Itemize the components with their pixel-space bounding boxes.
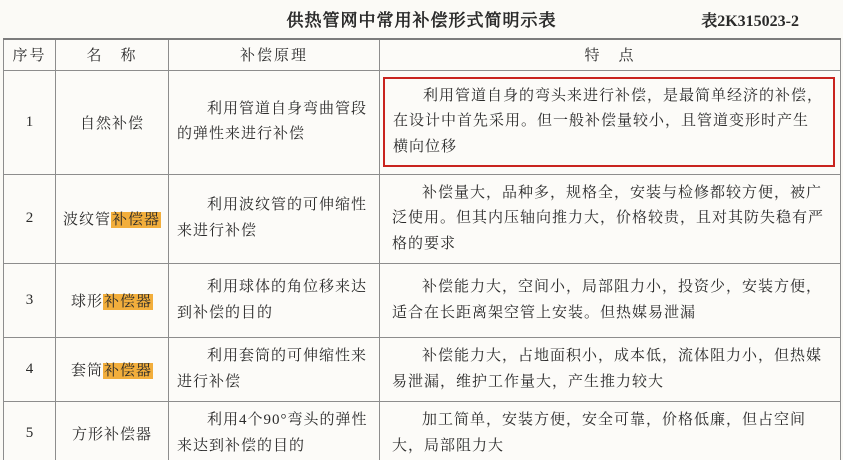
name-text: 球形: [71, 294, 103, 310]
header-name: 名 称: [56, 39, 169, 70]
principle-text: 利用管道自身弯曲管段的弹性来进行补偿: [177, 97, 371, 148]
compensator-name: 方形补偿器: [56, 402, 169, 460]
feature-text: 加工简单，安装方便，安全可靠，价格低廉，但占空间大，局部阻力大: [392, 408, 824, 459]
compensator-name: 自然补偿: [56, 70, 169, 174]
table-number-label: 表2K315023-2: [701, 8, 799, 31]
principle-text: 利用套筒的可伸缩性来进行补偿: [177, 344, 371, 395]
feature-box: 补偿能力大，空间小，局部阻力小，投资少，安装方便，适合在长距离架空管上安装。但热…: [386, 273, 834, 328]
compensator-name: 波纹管补偿器: [56, 174, 169, 264]
name-text: 自然补偿: [80, 116, 144, 132]
title-bar: 供热管网中常用补偿形式简明示表 表2K315023-2: [0, 0, 843, 38]
feature-cell: 补偿能力大，占地面积小，成本低，流体阻力小，但热媒易泄漏，维护工作量大，产生推力…: [380, 338, 841, 402]
table-row: 4 套筒补偿器 利用套筒的可伸缩性来进行补偿 补偿能力大，占地面积小，成本低，流…: [4, 338, 841, 402]
principle-cell: 利用套筒的可伸缩性来进行补偿: [169, 338, 380, 402]
principle-cell: 利用球体的角位移来达到补偿的目的: [169, 264, 380, 338]
feature-cell: 加工简单，安装方便，安全可靠，价格低廉，但占空间大，局部阻力大: [380, 402, 841, 460]
header-row: 序号 名 称 补偿原理 特 点: [4, 39, 841, 70]
table-row: 1 自然补偿 利用管道自身弯曲管段的弹性来进行补偿 利用管道自身的弯头来进行补偿…: [4, 70, 841, 174]
principle-cell: 利用管道自身弯曲管段的弹性来进行补偿: [169, 70, 380, 174]
scanned-document-page: 供热管网中常用补偿形式简明示表 表2K315023-2 序号 名 称 补偿原理 …: [0, 0, 843, 460]
principle-cell: 利用4个90°弯头的弹性来达到补偿的目的: [169, 402, 380, 460]
feature-cell: 补偿量大，品种多，规格全，安装与检修都较方便，被广泛使用。但其内压轴向推力大，价…: [380, 174, 841, 264]
row-number: 4: [4, 338, 56, 402]
feature-text: 利用管道自身的弯头来进行补偿，是最简单经济的补偿，在设计中首先采用。但一般补偿量…: [393, 84, 823, 161]
principle-text: 利用波纹管的可伸缩性来进行补偿: [177, 193, 371, 244]
name-highlighted-text: 补偿器: [103, 363, 153, 379]
name-text: 方形补偿器: [72, 427, 152, 443]
compensator-name: 套筒补偿器: [56, 338, 169, 402]
feature-cell: 利用管道自身的弯头来进行补偿，是最简单经济的补偿，在设计中首先采用。但一般补偿量…: [380, 70, 841, 174]
feature-box: 补偿能力大，占地面积小，成本低，流体阻力小，但热媒易泄漏，维护工作量大，产生推力…: [386, 342, 834, 397]
header-features: 特 点: [380, 39, 841, 70]
row-number: 5: [4, 402, 56, 460]
name-text: 波纹管: [63, 212, 111, 228]
feature-box: 加工简单，安装方便，安全可靠，价格低廉，但占空间大，局部阻力大: [386, 406, 834, 460]
principle-cell: 利用波纹管的可伸缩性来进行补偿: [169, 174, 380, 264]
feature-text: 补偿能力大，空间小，局部阻力小，投资少，安装方便，适合在长距离架空管上安装。但热…: [392, 275, 824, 326]
principle-text: 利用4个90°弯头的弹性来达到补偿的目的: [177, 408, 371, 459]
table-row: 5 方形补偿器 利用4个90°弯头的弹性来达到补偿的目的 加工简单，安装方便，安…: [4, 402, 841, 460]
table-row: 2 波纹管补偿器 利用波纹管的可伸缩性来进行补偿 补偿量大，品种多，规格全，安装…: [4, 174, 841, 264]
table-row: 3 球形补偿器 利用球体的角位移来达到补偿的目的 补偿能力大，空间小，局部阻力小…: [4, 264, 841, 338]
feature-text: 补偿能力大，占地面积小，成本低，流体阻力小，但热媒易泄漏，维护工作量大，产生推力…: [392, 344, 824, 395]
principle-text: 利用球体的角位移来达到补偿的目的: [177, 275, 371, 326]
compensation-table: 序号 名 称 补偿原理 特 点 1 自然补偿 利用管道自身弯曲管段的弹性来进行补…: [3, 38, 841, 460]
feature-cell: 补偿能力大，空间小，局部阻力小，投资少，安装方便，适合在长距离架空管上安装。但热…: [380, 264, 841, 338]
header-principle: 补偿原理: [169, 39, 380, 70]
feature-box: 补偿量大，品种多，规格全，安装与检修都较方便，被广泛使用。但其内压轴向推力大，价…: [386, 179, 834, 260]
header-seq-no: 序号: [4, 39, 56, 70]
compensator-name: 球形补偿器: [56, 264, 169, 338]
feature-text: 补偿量大，品种多，规格全，安装与检修都较方便，被广泛使用。但其内压轴向推力大，价…: [392, 181, 824, 258]
row-number: 2: [4, 174, 56, 264]
name-highlighted-text: 补偿器: [103, 294, 153, 310]
feature-box: 利用管道自身的弯头来进行补偿，是最简单经济的补偿，在设计中首先采用。但一般补偿量…: [383, 77, 835, 168]
name-highlighted-text: 补偿器: [111, 212, 161, 228]
row-number: 1: [4, 70, 56, 174]
name-text: 套筒: [71, 363, 103, 379]
row-number: 3: [4, 264, 56, 338]
